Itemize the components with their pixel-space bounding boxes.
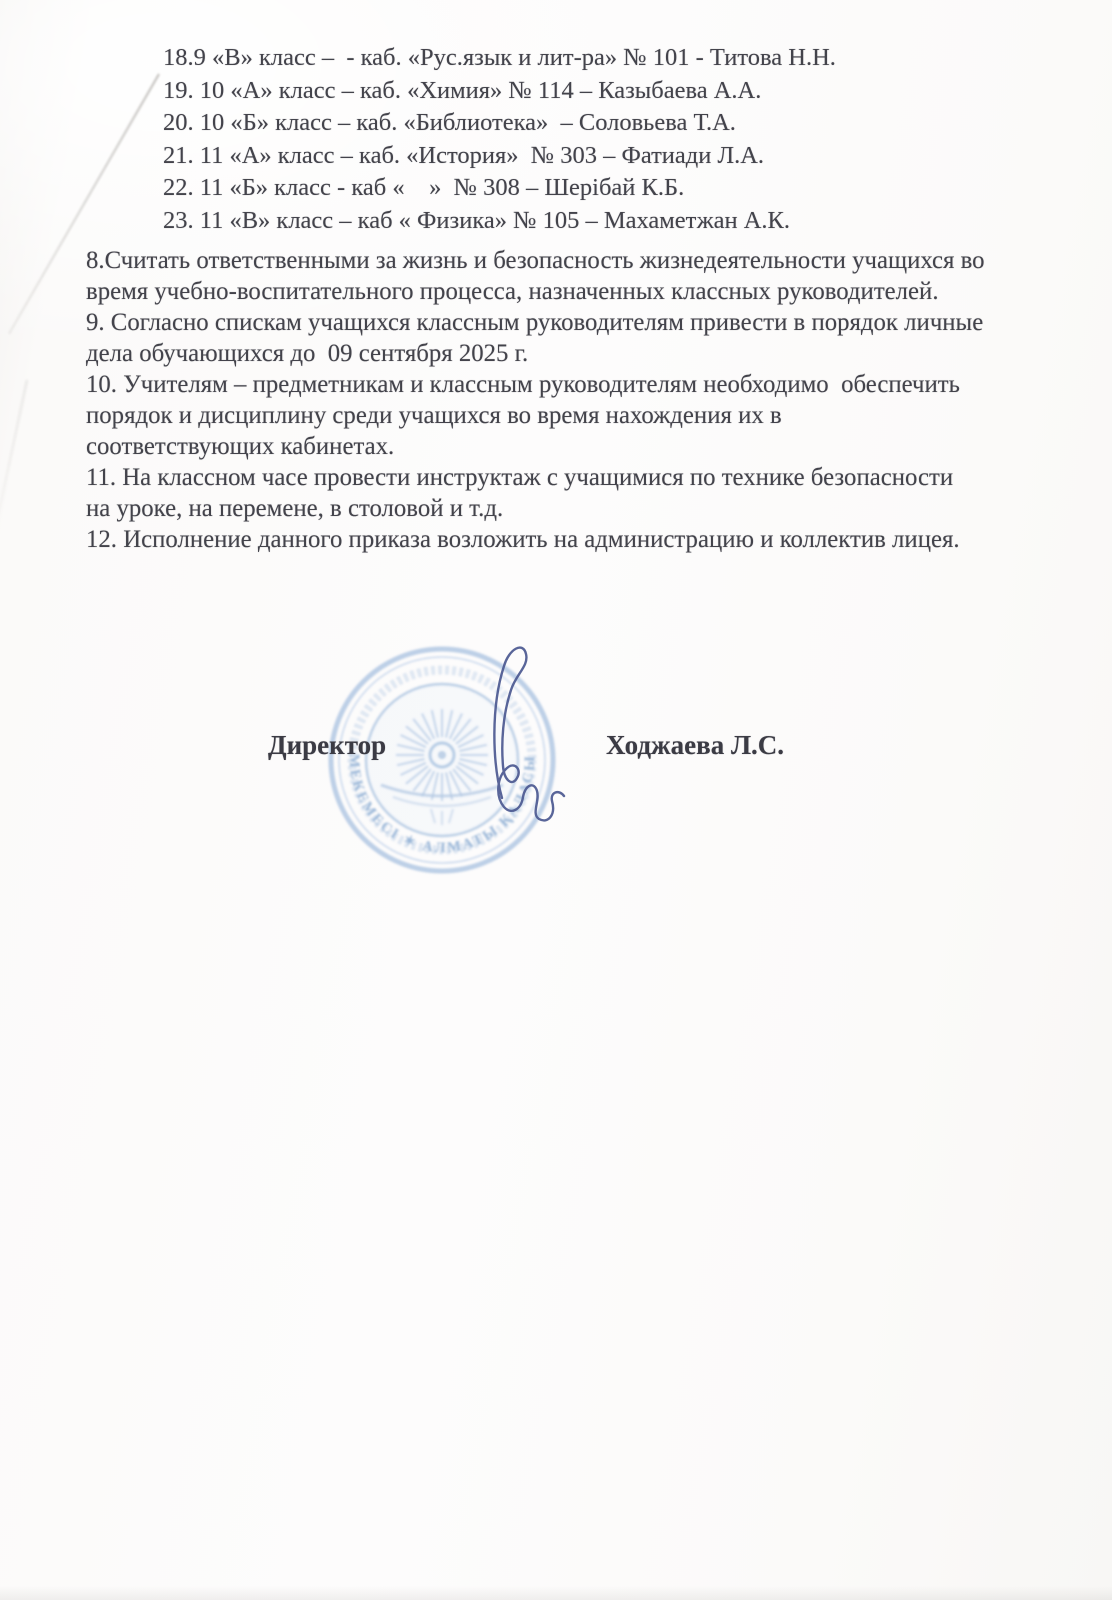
list-item: 22. 11 «Б» класс - каб « » № 308 – Шеріб… [163, 172, 1112, 205]
director-signature [468, 630, 578, 830]
paragraph-line: время учебно-воспитательного процесса, н… [86, 276, 1112, 307]
list-item: 18.9 «В» класс – - каб. «Рус.язык и лит-… [163, 42, 1112, 75]
paragraph: 8.Считать ответственными за жизнь и безо… [86, 245, 1112, 307]
scanned-document-page: 18.9 «В» класс – - каб. «Рус.язык и лит-… [0, 0, 1112, 1600]
document-text: 18.9 «В» класс – - каб. «Рус.язык и лит-… [0, 0, 1112, 555]
paragraph-line: 9. Согласно спискам учащихся классным ру… [86, 307, 1112, 338]
paragraph: 10. Учителям – предметникам и классным р… [86, 369, 1112, 462]
room-assignment-list: 18.9 «В» класс – - каб. «Рус.язык и лит-… [163, 42, 1112, 237]
paragraph-line: на уроке, на перемене, в столовой и т.д. [86, 493, 1112, 524]
list-item: 20. 10 «Б» класс – каб. «Библиотека» – С… [163, 107, 1112, 140]
order-paragraphs: 8.Считать ответственными за жизнь и безо… [86, 245, 1112, 555]
list-item: 21. 11 «А» класс – каб. «История» № 303 … [163, 140, 1112, 173]
signature-stroke [494, 648, 564, 821]
director-role-label: Директор [268, 730, 386, 761]
paragraph-line: соответствующих кабинетах. [86, 431, 1112, 462]
paragraph: 9. Согласно спискам учащихся классным ру… [86, 307, 1112, 369]
paragraph: 11. На классном часе провести инструктаж… [86, 462, 1112, 524]
paragraph: 12. Исполнение данного приказа возложить… [86, 524, 1112, 555]
paragraph-line: 11. На классном часе провести инструктаж… [86, 462, 1112, 493]
paragraph-line: 8.Считать ответственными за жизнь и безо… [86, 245, 1112, 276]
list-item: 19. 10 «А» класс – каб. «Химия» № 114 – … [163, 75, 1112, 108]
paragraph-line: 12. Исполнение данного приказа возложить… [86, 524, 1112, 555]
list-item: 23. 11 «В» класс – каб « Физика» № 105 –… [163, 205, 1112, 238]
paragraph-line: 10. Учителям – предметникам и классным р… [86, 369, 1112, 400]
paragraph-line: порядок и дисциплину среди учащихся во в… [86, 400, 1112, 431]
signer-name: Ходжаева Л.С. [606, 730, 784, 761]
paragraph-line: дела обучающихся до 09 сентября 2025 г. [86, 338, 1112, 369]
